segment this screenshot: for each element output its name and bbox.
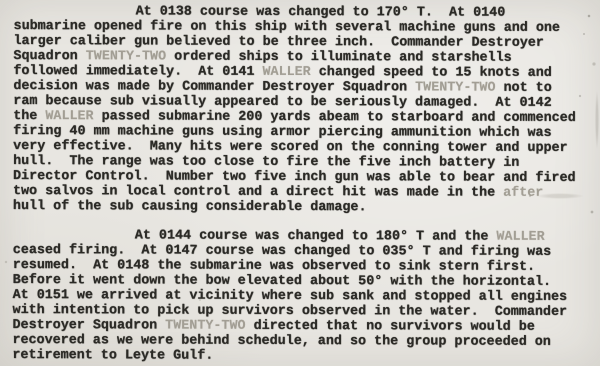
text-segment: At 0144 course was changed to 180° T and… <box>135 228 497 244</box>
paragraph: At 0144 course was changed to 180° T and… <box>12 228 593 365</box>
text-segment: retirement to Leyte Gulf. <box>12 348 213 364</box>
text-line: retirement to Leyte Gulf. <box>12 348 593 365</box>
faded-word: TWENTY-TWO <box>415 80 495 95</box>
text-segment: At 0138 course was changed to 170° T. At… <box>136 4 506 20</box>
text-segment: Destroyer Squadron <box>12 318 165 334</box>
faded-word: WALLER <box>496 230 544 245</box>
text-segment: followed immediately. At 0141 <box>13 64 262 80</box>
text-segment: directed that no survivors would be <box>246 319 535 335</box>
faded-word: WALLER <box>262 65 310 80</box>
document-page: At 0138 course was changed to 170° T. At… <box>0 0 600 366</box>
text-segment: the <box>13 109 45 124</box>
text-segment: hull of the sub causing considerable dam… <box>13 199 367 215</box>
faded-word: WALLER <box>45 109 93 124</box>
faded-word: after <box>503 186 543 201</box>
paragraph: At 0138 course was changed to 170° T. At… <box>13 4 595 216</box>
text-segment: hull. The range was too close to fire th… <box>13 154 519 171</box>
text-segment: Squadron <box>13 49 85 64</box>
text-line: hull of the sub causing considerable dam… <box>13 199 594 216</box>
faded-word: TWENTY-TWO <box>86 49 166 64</box>
faded-word: TWENTY-TWO <box>165 319 245 334</box>
typewritten-text-block: At 0138 course was changed to 170° T. At… <box>12 4 594 365</box>
text-segment: decision was made by Commander Destroyer… <box>13 79 415 95</box>
text-segment: passed submarine 200 yards abeam to star… <box>94 109 576 126</box>
text-segment: two salvos in local control and a direct… <box>13 184 503 201</box>
text-segment: ordered ships to illuminate and starshel… <box>166 50 512 66</box>
text-segment: not to <box>495 81 551 96</box>
text-segment: changed speed to 15 knots and <box>311 65 552 81</box>
